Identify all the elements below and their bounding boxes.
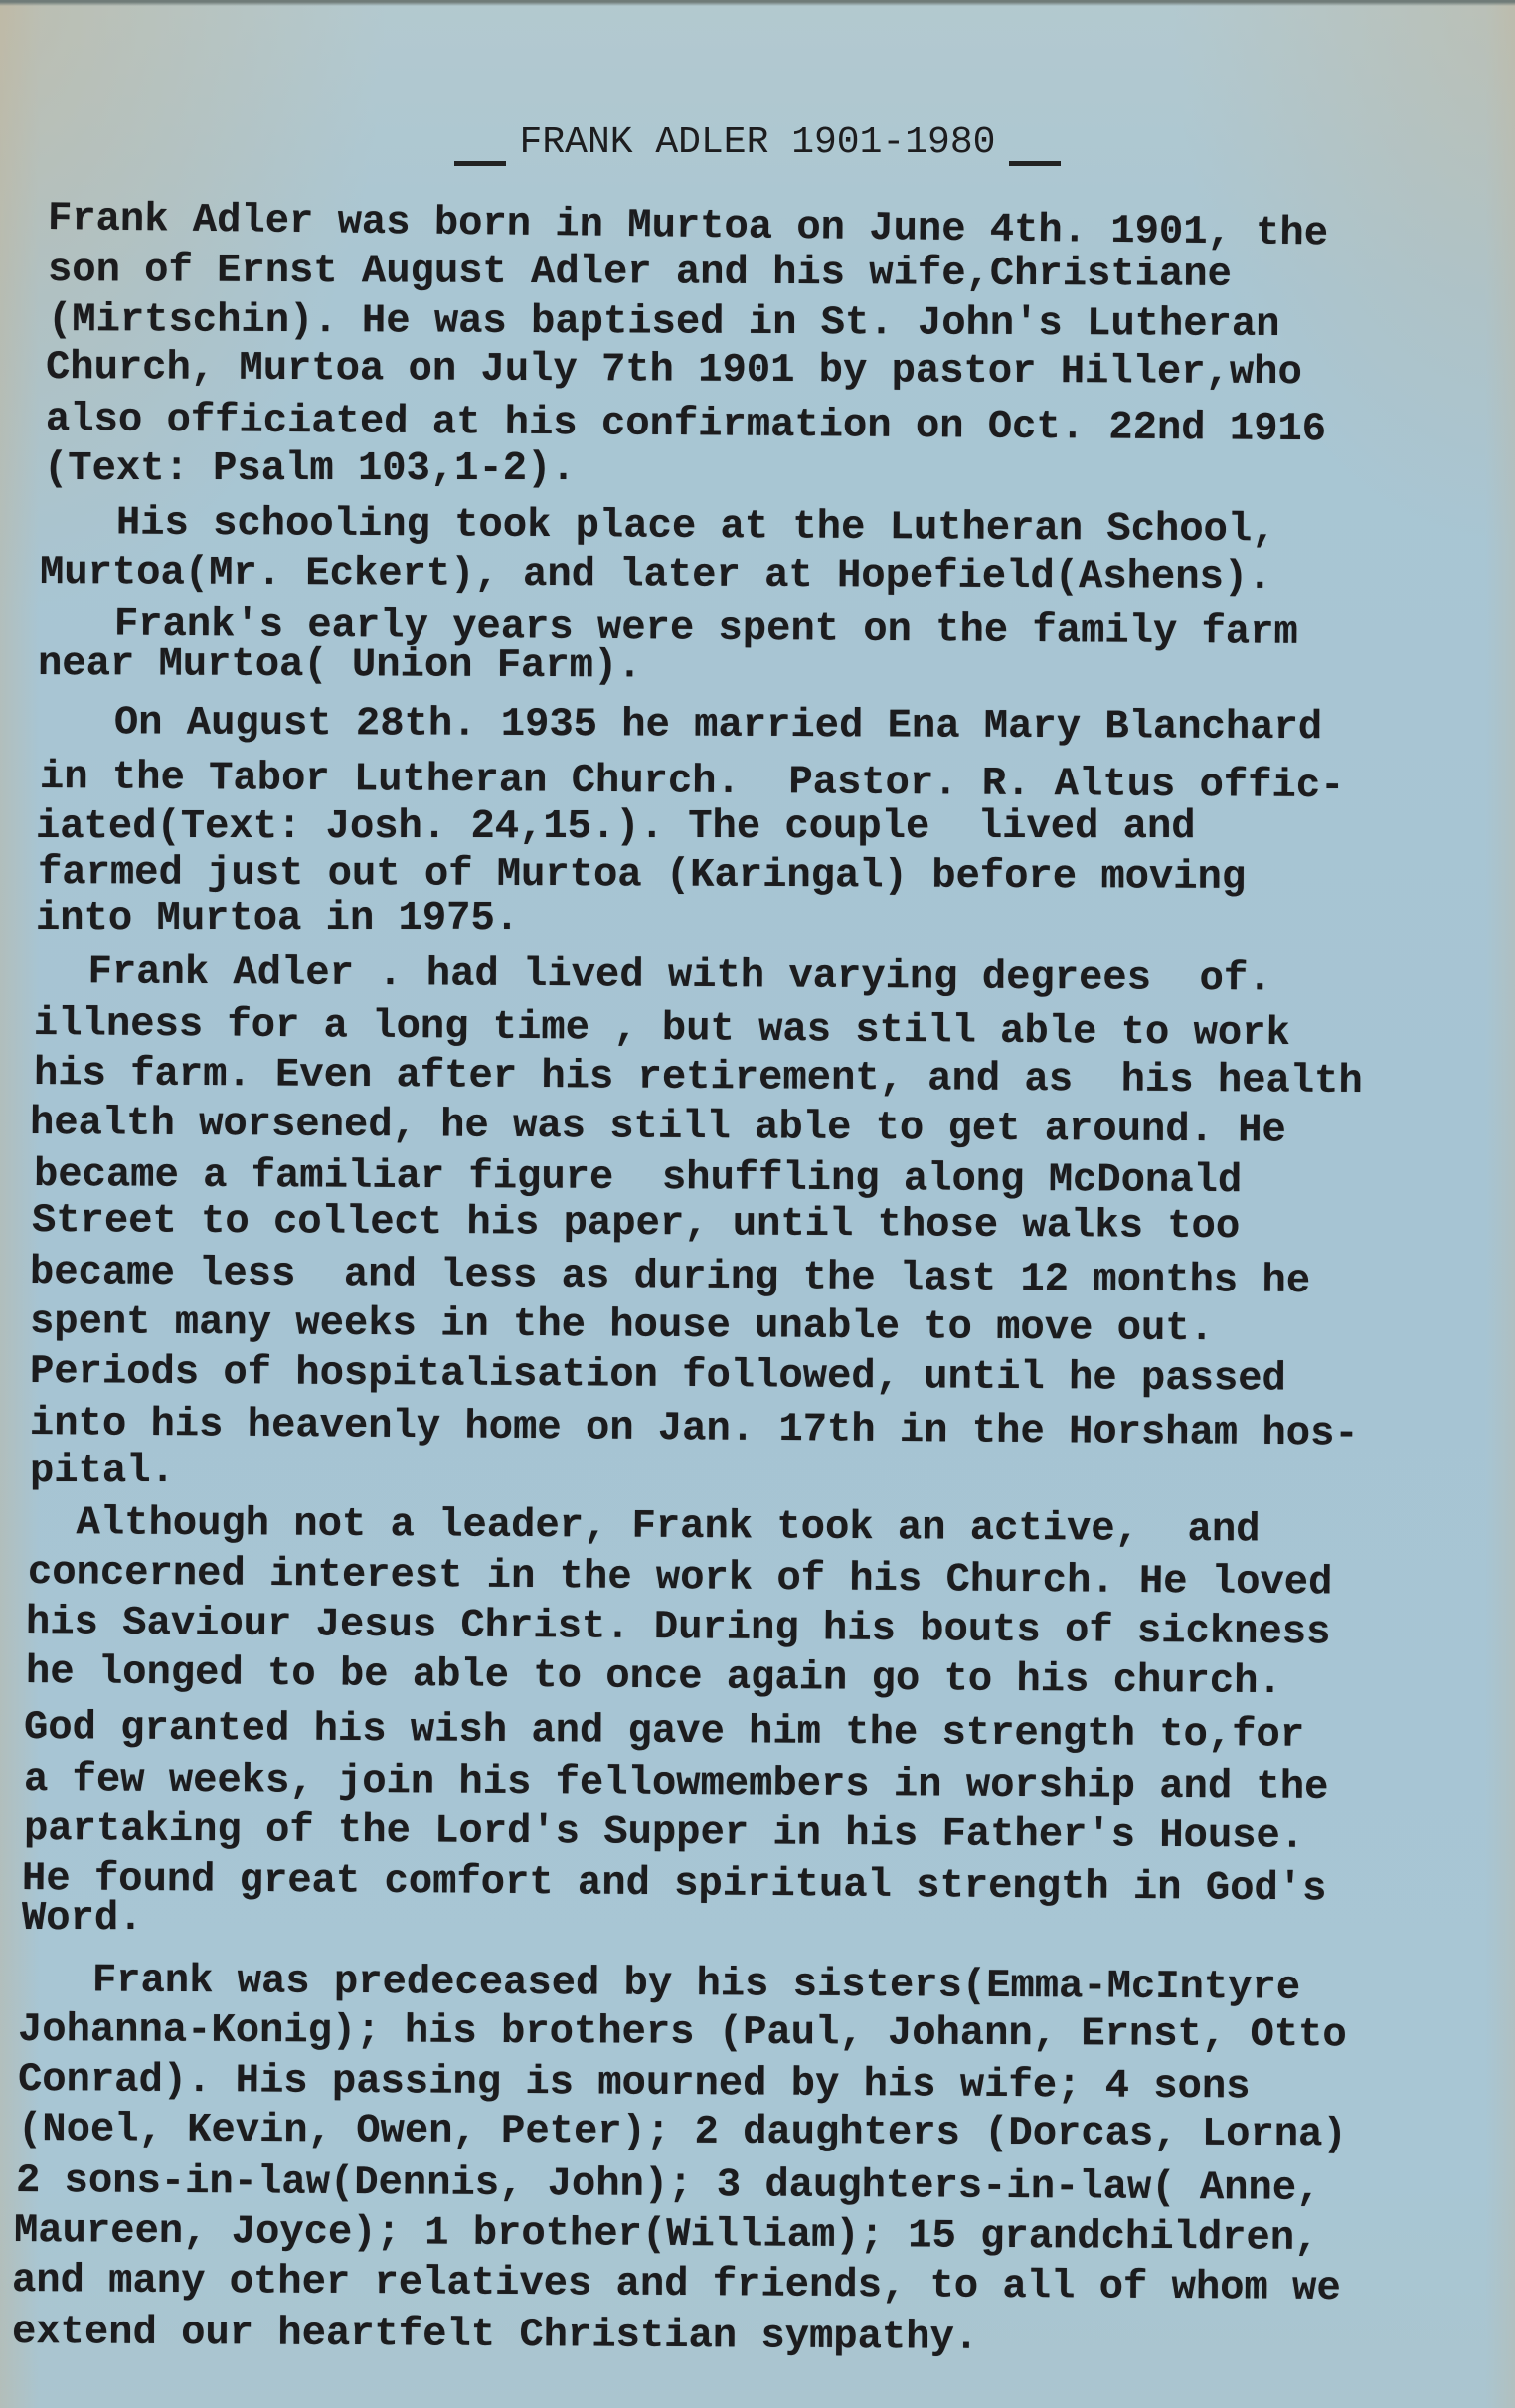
typed-line: and many other relatives and friends, to… [12, 2261, 1341, 2310]
typed-line: (Noel, Kevin, Owen, Peter); 2 daughters … [18, 2110, 1347, 2155]
typed-line: Frank was predeceased by his sisters(Emm… [20, 1961, 1300, 2008]
typed-line: Word. [22, 1899, 143, 1940]
typed-line: Periods of hospitalisation followed, unt… [30, 1352, 1286, 1400]
typed-line: Although not a leader, Frank took an act… [28, 1503, 1261, 1551]
typed-line: His schooling took place at the Lutheran… [44, 503, 1276, 551]
typed-line: Murtoa(Mr. Eckert), and later at Hopefie… [40, 553, 1272, 598]
typed-line: Church, Murtoa on July 7th 1901 by pasto… [46, 348, 1302, 394]
typed-line: pital. [30, 1452, 175, 1492]
typed-document-page: FRANK ADLER 1901-1980 Frank Adler was bo… [0, 0, 1515, 2408]
typed-line: near Murtoa( Union Farm). [38, 644, 642, 687]
typed-line: Conrad). His passing is mourned by his w… [18, 2060, 1251, 2108]
typed-line: iated(Text: Josh. 24,15.). The couple li… [36, 807, 1196, 848]
typed-line: (Text: Psalm 103,1-2). [44, 449, 576, 490]
typed-line: into Murtoa in 1975. [36, 899, 519, 940]
typed-line: concerned interest in the work of his Ch… [28, 1553, 1333, 1604]
typed-line: became less and less as during the last … [30, 1253, 1310, 1302]
typed-line: spent many weeks in the house unable to … [30, 1302, 1214, 1350]
typed-line: his Saviour Jesus Christ. During his bou… [26, 1603, 1331, 1653]
typed-line: Johanna-Konig); his brothers (Paul, Joha… [18, 2010, 1347, 2056]
typed-line: Frank Adler was born in Murtoa on June 4… [48, 199, 1329, 255]
typed-line: God granted his wish and gave him the st… [24, 1708, 1304, 1756]
typed-line: became a familiar figure shuffling along… [34, 1155, 1242, 1202]
typed-line: in the Tabor Lutheran Church. Pastor. R.… [40, 758, 1345, 807]
typed-line: also officiated at his confirmation on O… [46, 400, 1326, 450]
typed-line: Maureen, Joyce); 1 brother(William); 15 … [14, 2211, 1319, 2259]
typed-line: Frank Adler . had lived with varying deg… [40, 952, 1272, 1000]
typed-line: son of Ernst August Adler and his wife,C… [48, 251, 1232, 295]
document-title: FRANK ADLER 1901-1980 [520, 121, 996, 164]
typed-line: illness for a long time , but was still … [34, 1004, 1290, 1055]
typed-line: On August 28th. 1935 he married Ena Mary… [42, 703, 1322, 749]
typed-line: 2 sons-in-law(Dennis, John); 3 daughters… [16, 2161, 1321, 2209]
typed-line: partaking of the Lord's Supper in his Fa… [24, 1809, 1304, 1857]
typed-line: Street to collect his paper, until those… [32, 1201, 1240, 1248]
title-underline-right [1009, 161, 1061, 166]
typed-line: a few weeks, join his fellowmembers in w… [24, 1760, 1329, 1807]
typed-line: (Mirtschin). He was baptised in St. John… [48, 300, 1280, 345]
document-title-row: FRANK ADLER 1901-1980 [0, 121, 1515, 166]
title-underline-left [454, 161, 506, 166]
typed-line: farmed just out of Murtoa (Karingal) bef… [38, 853, 1246, 898]
typed-line: He found great comfort and spiritual str… [22, 1859, 1327, 1910]
typed-line: into his heavenly home on Jan. 17th in t… [30, 1404, 1359, 1455]
typed-line: he longed to be able to once again go to… [26, 1652, 1282, 1703]
typed-line: his farm. Even after his retirement, and… [34, 1054, 1363, 1103]
typed-line: health worsened, he was still able to ge… [30, 1104, 1286, 1151]
typed-line: extend our heartfelt Christian sympathy. [12, 2313, 978, 2358]
